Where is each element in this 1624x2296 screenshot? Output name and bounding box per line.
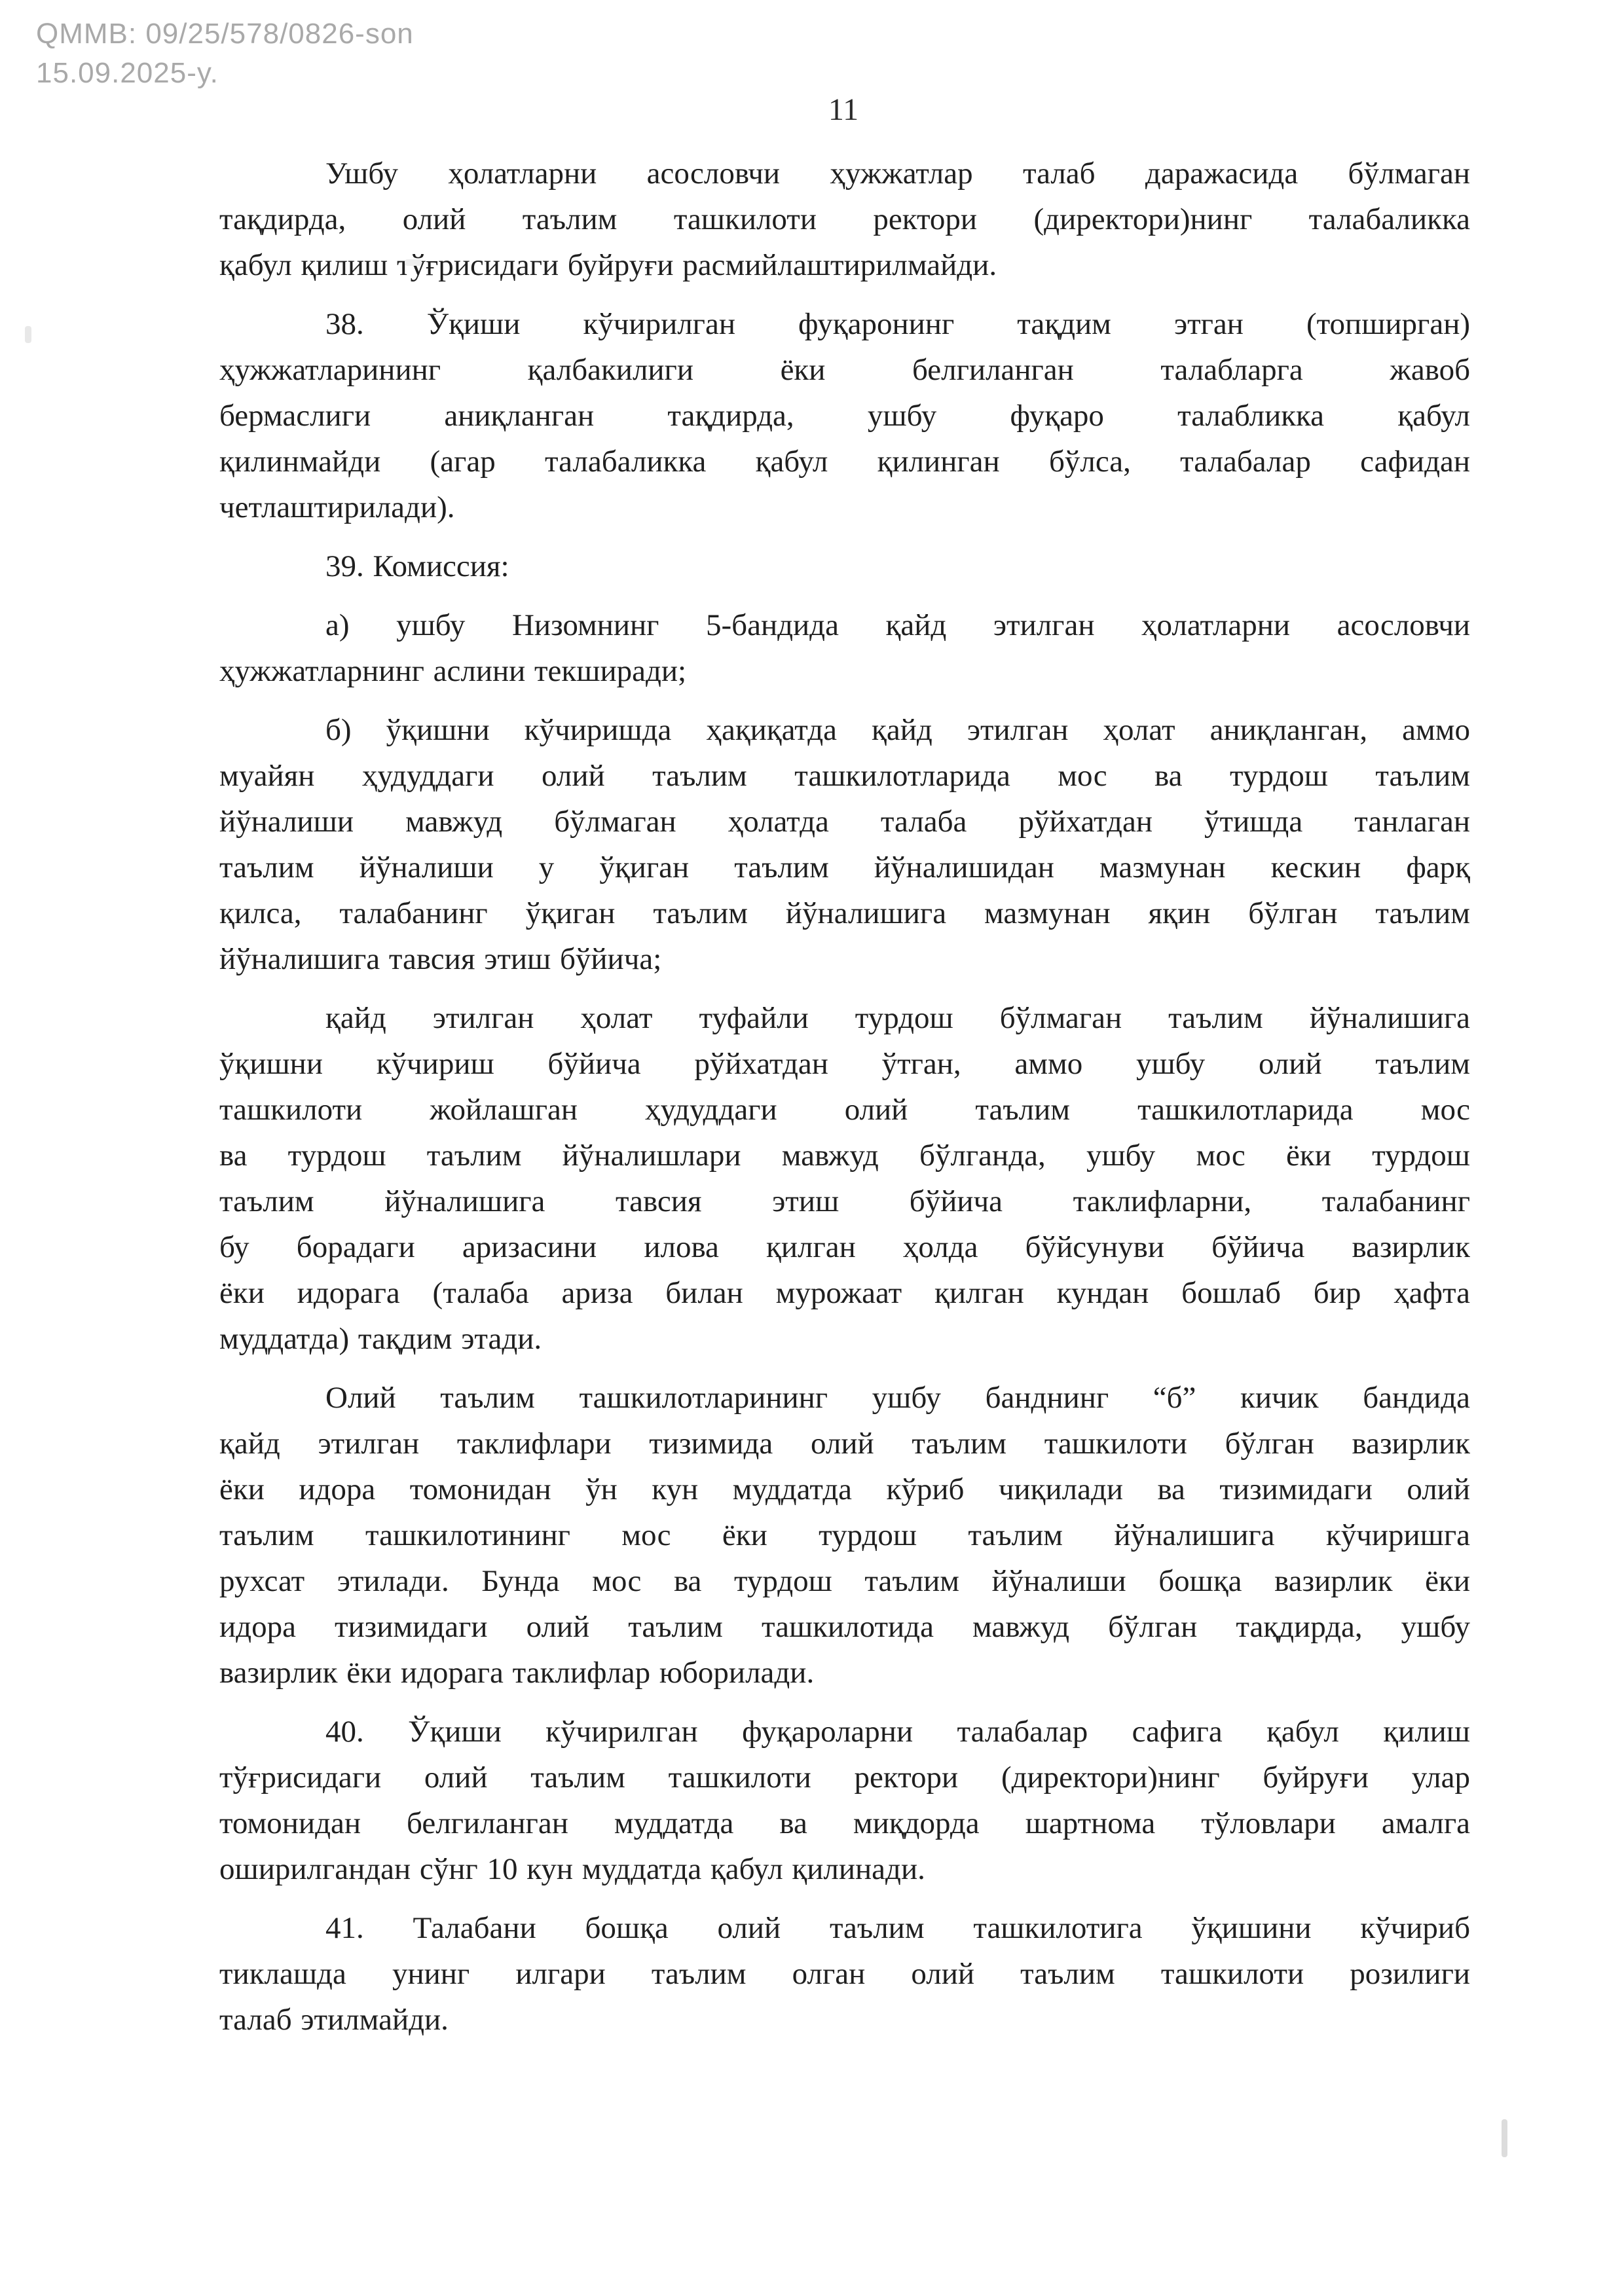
- text-line: а) ушбу Низомнинг 5-бандида қайд этилган…: [219, 602, 1470, 648]
- scan-artifact: [1502, 2119, 1507, 2157]
- text-line: рухсат этилади. Бунда мос ва турдош таъл…: [219, 1558, 1470, 1604]
- stamp-line-1: QMMB: 09/25/578/0826-son: [36, 14, 414, 54]
- text-line: тўғрисидаги олий таълим ташкилоти ректор…: [219, 1755, 1470, 1800]
- text-line: талаб этилмайди.: [219, 1997, 1470, 2043]
- text-line: бермаслиги аниқланган тақдирда, ушбу фуқ…: [219, 393, 1470, 439]
- text-line: таълим йўналиши у ўқиган таълим йўналиши…: [219, 845, 1470, 890]
- header-stamp: QMMB: 09/25/578/0826-son 15.09.2025-y.: [36, 14, 414, 93]
- scan-artifact: [25, 326, 31, 343]
- text-line: тақдирда, олий таълим ташкилоти ректори …: [219, 196, 1470, 242]
- page-number: 11: [828, 92, 858, 128]
- text-line: 41. Талабани бошқа олий таълим ташкилоти…: [219, 1905, 1470, 1951]
- text-line: тиклашда унинг илгари таълим олган олий …: [219, 1951, 1470, 1997]
- text-line: 38. Ўқиши кўчирилган фуқаронинг тақдим э…: [219, 301, 1470, 347]
- paragraph: б) ўқишни кўчиришда ҳақиқатда қайд этилг…: [219, 707, 1470, 982]
- text-line: қайд этилган ҳолат туфайли турдош бўлмаг…: [219, 995, 1470, 1041]
- text-line: четлаштирилади).: [219, 484, 1470, 530]
- text-line: таълим йўналишига тавсия этиш бўйича так…: [219, 1178, 1470, 1224]
- scan-artifact: [405, 259, 422, 266]
- text-line: томонидан белгиланган муддатда ва миқдор…: [219, 1800, 1470, 1846]
- document-page: QMMB: 09/25/578/0826-son 15.09.2025-y. 1…: [0, 0, 1624, 2296]
- paragraph: 41. Талабани бошқа олий таълим ташкилоти…: [219, 1905, 1470, 2043]
- text-line: идора тизимидаги олий таълим ташкилотида…: [219, 1604, 1470, 1650]
- text-line: оширилгандан сўнг 10 кун муддатда қабул …: [219, 1846, 1470, 1892]
- text-line: ёки идорага (талаба ариза билан мурожаат…: [219, 1270, 1470, 1316]
- text-line: қайд этилган таклифлари тизимида олий та…: [219, 1421, 1470, 1467]
- text-line: ёки идора томонидан ўн кун муддатда кўри…: [219, 1467, 1470, 1512]
- text-line: таълим ташкилотининг мос ёки турдош таъл…: [219, 1512, 1470, 1558]
- text-line: муддатда) тақдим этади.: [219, 1316, 1470, 1362]
- text-line: Ушбу ҳолатларни асословчи ҳужжатлар тала…: [219, 151, 1470, 196]
- text-line: ҳужжатларнинг аслини текширади;: [219, 648, 1470, 694]
- text-line: 40. Ўқиши кўчирилган фуқароларни талабал…: [219, 1709, 1470, 1755]
- stamp-line-2: 15.09.2025-y.: [36, 54, 414, 93]
- text-line: йўналишига тавсия этиш бўйича;: [219, 936, 1470, 982]
- text-line: ҳужжатларининг қалбакилиги ёки белгиланг…: [219, 347, 1470, 393]
- text-line: вазирлик ёки идорага таклифлар юборилади…: [219, 1650, 1470, 1696]
- paragraph: 39. Комиссия:: [219, 543, 1470, 589]
- paragraph: а) ушбу Низомнинг 5-бандида қайд этилган…: [219, 602, 1470, 694]
- text-line: йўналиши мавжуд бўлмаган ҳолатда талаба …: [219, 799, 1470, 845]
- text-line: Олий таълим ташкилотларининг ушбу бандни…: [219, 1375, 1470, 1421]
- paragraph: Олий таълим ташкилотларининг ушбу бандни…: [219, 1375, 1470, 1696]
- text-line: қилса, талабанинг ўқиган таълим йўналиши…: [219, 890, 1470, 936]
- paragraph: 40. Ўқиши кўчирилган фуқароларни талабал…: [219, 1709, 1470, 1892]
- text-line: қилинмайди (агар талабаликка қабул қилин…: [219, 439, 1470, 484]
- paragraph: 38. Ўқиши кўчирилган фуқаронинг тақдим э…: [219, 301, 1470, 530]
- paragraph: қайд этилган ҳолат туфайли турдош бўлмаг…: [219, 995, 1470, 1362]
- text-line: б) ўқишни кўчиришда ҳақиқатда қайд этилг…: [219, 707, 1470, 753]
- text-line: муайян ҳудуддаги олий таълим ташкилотлар…: [219, 753, 1470, 799]
- text-line: ташкилоти жойлашган ҳудуддаги олий таъли…: [219, 1087, 1470, 1133]
- text-line: бу борадаги аризасини илова қилган ҳолда…: [219, 1224, 1470, 1270]
- text-line: ва турдош таълим йўналишлари мавжуд бўлг…: [219, 1133, 1470, 1178]
- document-body: Ушбу ҳолатларни асословчи ҳужжатлар тала…: [219, 151, 1470, 2056]
- text-line: 39. Комиссия:: [219, 543, 1470, 589]
- paragraph: Ушбу ҳолатларни асословчи ҳужжатлар тала…: [219, 151, 1470, 288]
- text-line: ўқишни кўчириш бўйича рўйхатдан ўтган, а…: [219, 1041, 1470, 1087]
